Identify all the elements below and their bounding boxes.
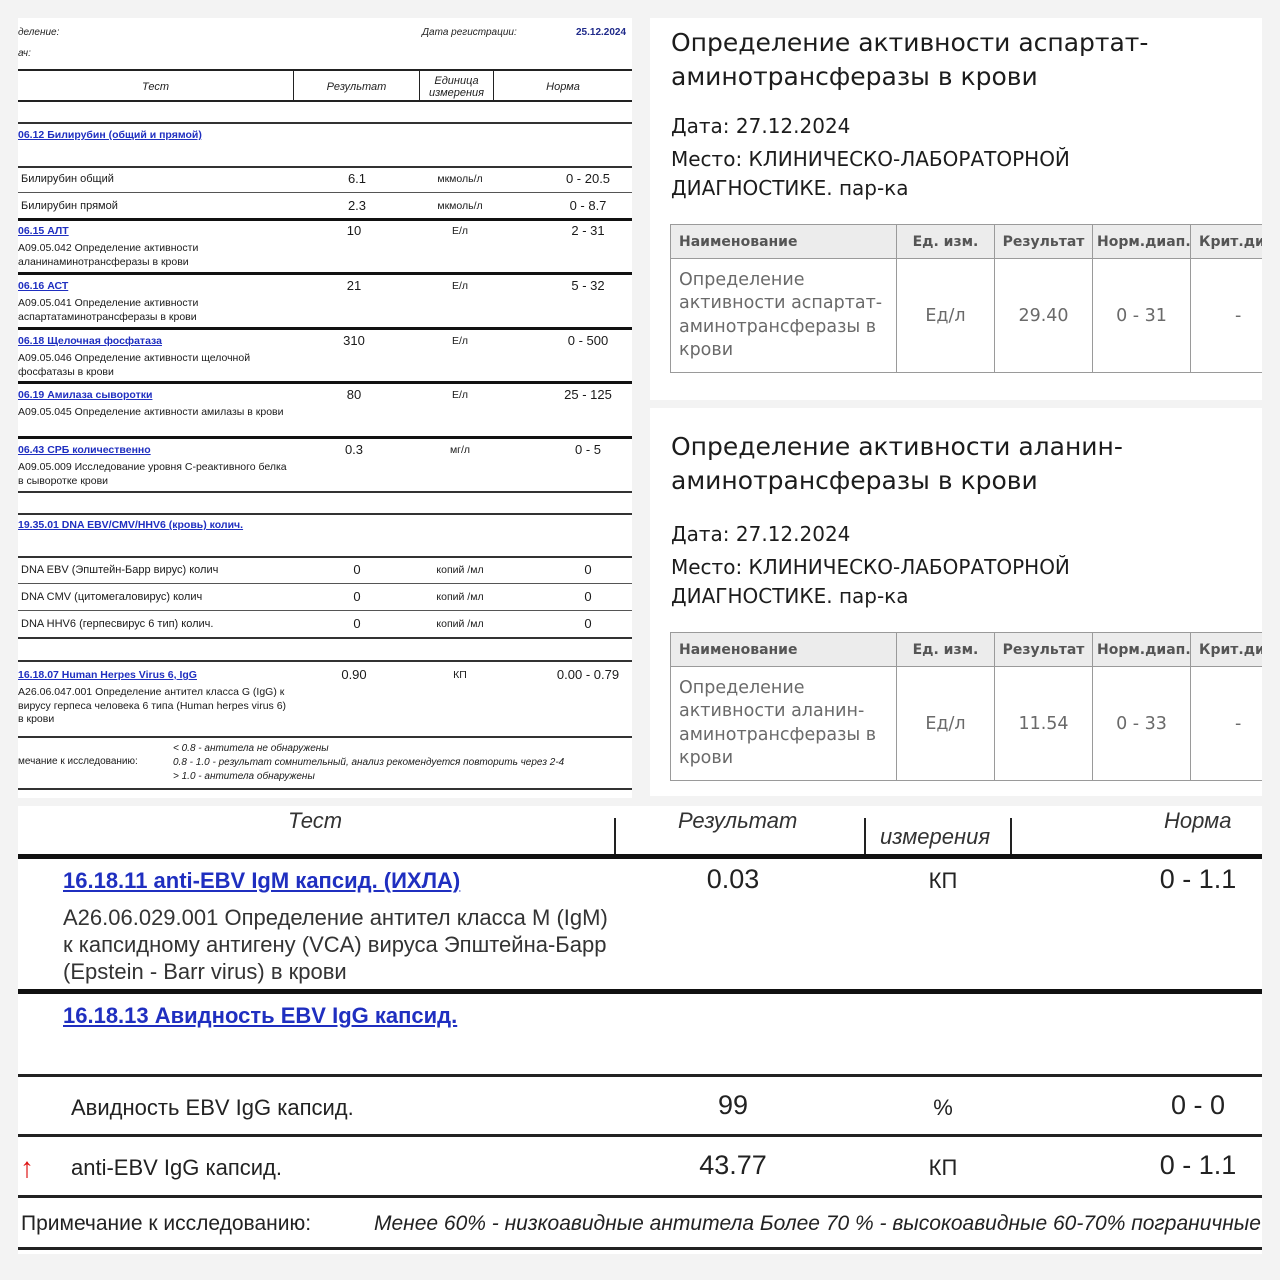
- test-link[interactable]: 06.43 СРБ количественно: [18, 444, 151, 456]
- test-link-igm[interactable]: 16.18.11 anti-EBV IgM капсид. (ИХЛА): [63, 868, 460, 894]
- col-result: Результат: [294, 71, 420, 102]
- card-place: Место: КЛИНИЧЕСКО-ЛАБОРАТОРНОЙ ДИАГНОСТИ…: [671, 145, 1231, 203]
- col-norm: Норма: [1164, 808, 1231, 856]
- col-test: Тест: [18, 71, 294, 102]
- table-row: Определение активности аспартат-аминотра…: [671, 259, 1263, 373]
- card-date: Дата: 27.12.2024: [671, 520, 850, 549]
- col-test: Тест: [288, 808, 342, 856]
- test-link[interactable]: 06.18 Щелочная фосфатаза: [18, 335, 162, 347]
- card-title: Определение активности аспартат-аминотра…: [671, 26, 1261, 94]
- card-date: Дата: 27.12.2024: [671, 112, 850, 141]
- table-header: Тест Результат Единицаизмерения Норма: [18, 69, 632, 102]
- col-norm: Норма: [494, 71, 632, 102]
- doctor-label: ач:: [18, 48, 31, 59]
- card-title: Определение активности аланин-аминотранс…: [671, 430, 1261, 498]
- registration-label: Дата регистрации:: [422, 27, 517, 38]
- result-norm: 0 - 1.1: [1128, 864, 1262, 895]
- study-note-text: Менее 60% - низкоавидные антитела Более …: [374, 1212, 1261, 1236]
- test-link[interactable]: 06.15 АЛТ: [18, 225, 69, 237]
- result-value: 0.03: [658, 864, 808, 895]
- test-link[interactable]: 06.16 АСТ: [18, 280, 68, 292]
- registration-date: 25.12.2024: [576, 27, 626, 38]
- table-row: Определение активности аланин-аминотранс…: [671, 667, 1263, 781]
- high-flag-icon: ↑: [20, 1152, 34, 1184]
- col-result: Результат: [678, 808, 797, 856]
- col-unit: Единицаизмерения: [420, 71, 494, 102]
- test-link[interactable]: 06.19 Амилаза сыворотки: [18, 389, 152, 401]
- section-link-avidity[interactable]: 16.18.13 Авидность EBV IgG капсид.: [63, 1003, 457, 1029]
- alt-result-card: Определение активности аланин-аминотранс…: [650, 408, 1262, 796]
- department-label: деление:: [18, 27, 59, 38]
- lab-report-panel-d: Тест Результат измерения Норма 16.18.11 …: [18, 806, 1262, 1254]
- col-unit: измерения: [880, 824, 990, 872]
- section-link-dna[interactable]: 19.35.01 DNA EBV/CMV/HHV6 (кровь) колич.: [18, 519, 243, 531]
- result-table: Наименование Ед. изм. Результат Норм.диа…: [670, 224, 1262, 373]
- card-place: Место: КЛИНИЧЕСКО-ЛАБОРАТОРНОЙ ДИАГНОСТИ…: [671, 553, 1231, 611]
- study-note-label: Примечание к исследованию:: [21, 1212, 311, 1236]
- ast-result-card: Определение активности аспартат-аминотра…: [650, 18, 1262, 400]
- test-link[interactable]: 16.18.07 Human Herpes Virus 6, IgG: [18, 669, 197, 681]
- section-link-bilirubin[interactable]: 06.12 Билирубин (общий и прямой): [18, 129, 202, 141]
- test-desc: A26.06.029.001 Определение антител класс…: [63, 904, 623, 985]
- lab-report-panel-a: деление: ач: Дата регистрации: 25.12.202…: [18, 18, 632, 798]
- result-table: Наименование Ед. изм. Результат Норм.диа…: [670, 632, 1262, 781]
- result-unit: КП: [880, 868, 1006, 894]
